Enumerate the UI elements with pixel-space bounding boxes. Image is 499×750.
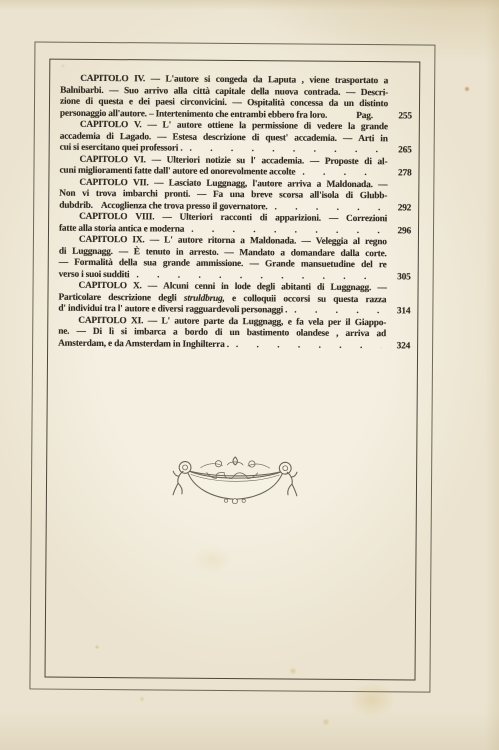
toc-entry: CAPITOLOIV.—L'autoresicongedadaLaputa,vi… bbox=[60, 74, 412, 123]
page-number: 265 bbox=[386, 145, 412, 157]
scanned-book-page: CAPITOLOIV.—L'autoresicongedadaLaputa,vi… bbox=[0, 0, 499, 750]
scan-rotation-wrapper: CAPITOLOIV.—L'autoresicongedadaLaputa,vi… bbox=[0, 0, 499, 750]
page-number: 314 bbox=[384, 306, 410, 318]
page-number: 278 bbox=[385, 168, 411, 180]
page-number: 292 bbox=[385, 203, 411, 215]
toc-entry-text: verso i suoi sudditi bbox=[59, 269, 130, 281]
page-number: 255 bbox=[386, 111, 412, 123]
putti-hammock-ornament-icon bbox=[171, 455, 299, 511]
toc-entry: CAPITOLOIX.—L'autoreritornaaMaldonada.—V… bbox=[59, 235, 411, 284]
toc-entry-text: cui si esercitano quei professori . bbox=[60, 143, 183, 155]
toc-entry: CAPITOLOVII.—LasciatoLuggnagg,l'autorear… bbox=[59, 177, 411, 214]
toc-entry: CAPITOLOX.—Alcunicenniinlodedegliabitant… bbox=[58, 281, 410, 318]
toc-entry: CAPITOLOVIII.—Ulterioriraccontidiappariz… bbox=[59, 212, 411, 238]
dot-leader: . . . . . . . . . . . . . . . . . . . . … bbox=[302, 168, 382, 180]
toc-entry-text: Amsterdam, e da Amsterdam in Inghilterra… bbox=[58, 338, 229, 351]
dot-leader: . . . . . . . . . . . . . . . . . . . . … bbox=[236, 340, 381, 353]
pag-label: Pag. bbox=[356, 110, 373, 122]
toc-entry: CAPITOLOXI.—L'autorepartedaLuggnagg,efav… bbox=[58, 315, 410, 352]
dot-leader: . . . . . . . . . . . . . . . . . . . . … bbox=[274, 202, 382, 214]
page-number: 305 bbox=[385, 272, 411, 284]
toc-entry-text: fatte alla storia antica e moderna bbox=[59, 223, 184, 235]
toc-entry: CAPITOLOVI.—Ulteriorinotiziesul'accademi… bbox=[59, 154, 411, 180]
page-number: 296 bbox=[385, 226, 411, 238]
toc-entry: CAPITOLOV.—L'autoreottienelapermissioned… bbox=[60, 120, 412, 157]
table-of-contents: CAPITOLOIV.—L'autoresicongedadaLaputa,vi… bbox=[58, 74, 412, 353]
dot-leader: . . . . . . . . . . . . . . . . . . . . … bbox=[294, 306, 381, 318]
page-number: 324 bbox=[384, 341, 410, 353]
